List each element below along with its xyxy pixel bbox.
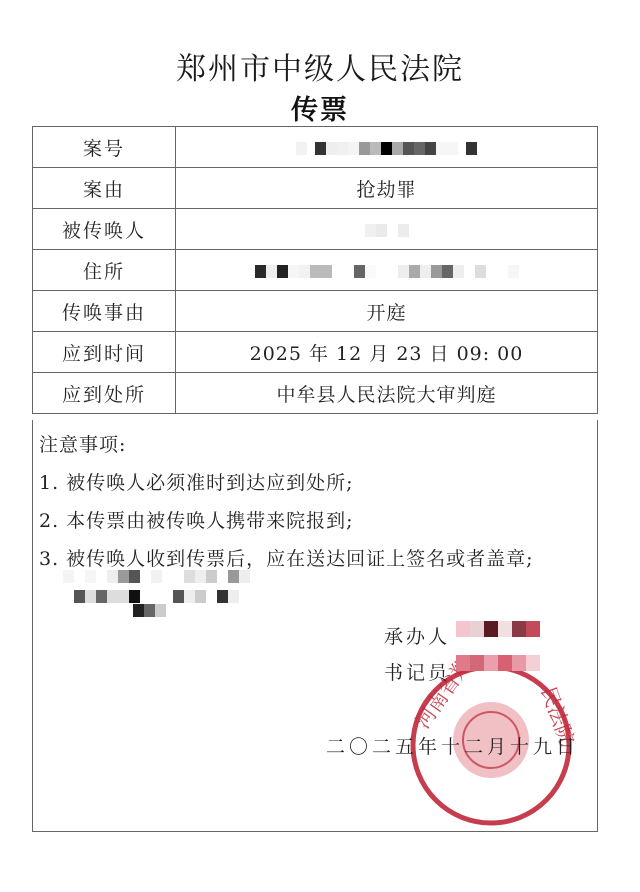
row-summoned-person: 被传唤人 — [33, 209, 598, 250]
appearance-time-value: 2025 年 12 月 23 日 09: 00 — [176, 332, 598, 373]
address-value — [176, 250, 598, 291]
row-summons-reason: 传唤事由 开庭 — [33, 291, 598, 332]
summoned-person-label: 被传唤人 — [33, 209, 176, 250]
redacted-address — [255, 260, 519, 282]
redacted-note-line-3 — [133, 600, 166, 619]
redacted-clerk-name — [456, 652, 540, 671]
redacted-name — [365, 219, 409, 241]
appearance-time-label: 应到时间 — [33, 332, 176, 373]
clerk-label: 书记员 — [384, 658, 450, 685]
redacted-handler-name — [456, 618, 540, 637]
row-appearance-place: 应到处所 中牟县人民法院大审判庭 — [33, 373, 598, 414]
case-cause-label: 案由 — [33, 168, 176, 209]
document-title: 传票 — [0, 88, 640, 127]
summons-form-table: 案号 案由 抢劫罪 被传唤人 住所 传唤事由 开庭 应到时间 2025 年 1 — [32, 126, 598, 414]
note-item-1: 1. 被传唤人必须准时到达应到处所; — [39, 468, 354, 495]
court-name: 郑州市中级人民法院 — [0, 44, 640, 88]
case-cause-value: 抢劫罪 — [176, 168, 598, 209]
row-address: 住所 — [33, 250, 598, 291]
summons-reason-label: 传唤事由 — [33, 291, 176, 332]
summons-reason-value: 开庭 — [176, 291, 598, 332]
address-label: 住所 — [33, 250, 176, 291]
appearance-place-value: 中牟县人民法院大审判庭 — [176, 373, 598, 414]
case-number-label: 案号 — [33, 127, 176, 168]
row-appearance-time: 应到时间 2025 年 12 月 23 日 09: 00 — [33, 332, 598, 373]
issue-date: 二〇二五年十二月十九日 — [326, 732, 579, 759]
appearance-place-label: 应到处所 — [33, 373, 176, 414]
note-item-2: 2. 本传票由被传唤人携带来院报到; — [39, 506, 354, 533]
redacted-case-number — [296, 137, 477, 159]
row-case-cause: 案由 抢劫罪 — [33, 168, 598, 209]
redacted-note-line — [63, 566, 250, 585]
notes-heading: 注意事项: — [39, 430, 126, 457]
handler-label: 承办人 — [384, 622, 450, 649]
row-case-number: 案号 — [33, 127, 598, 168]
summoned-person-value — [176, 209, 598, 250]
case-number-value — [176, 127, 598, 168]
